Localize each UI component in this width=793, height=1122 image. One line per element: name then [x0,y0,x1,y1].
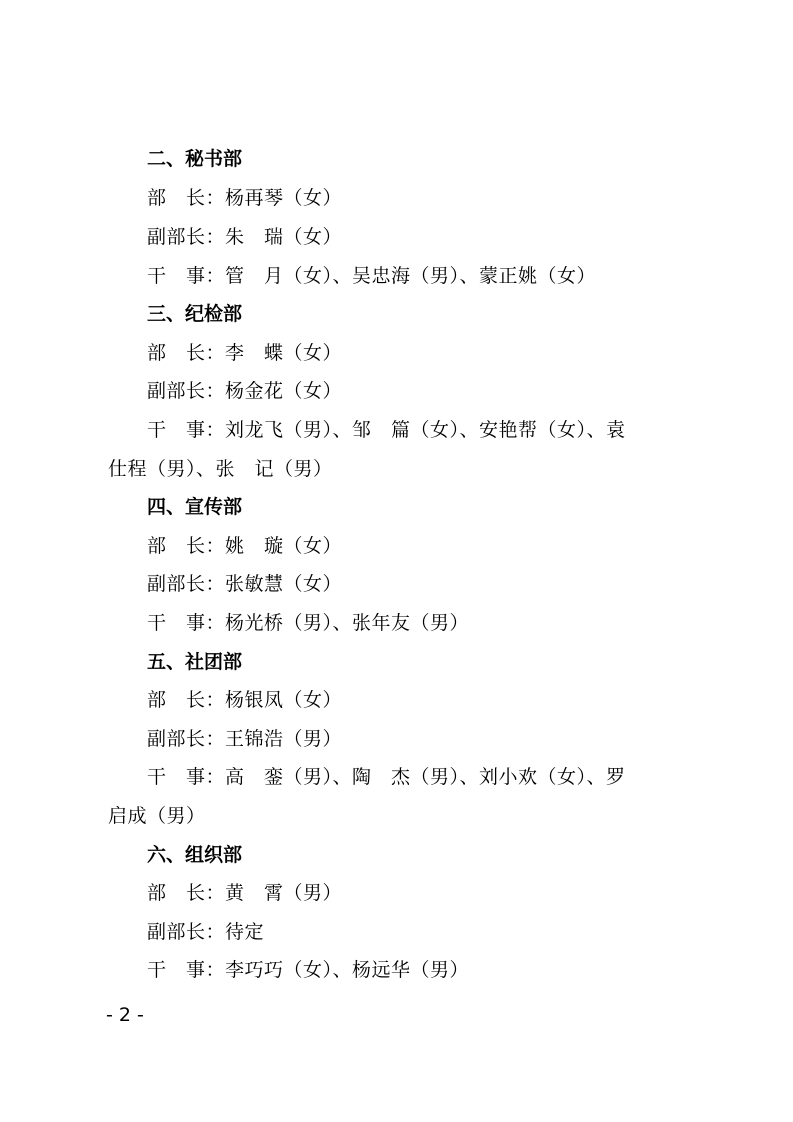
section-line-staff-continued: 启成（男） [108,804,698,828]
section-heading-organization: 六、组织部 [147,843,737,867]
section-line-deputy: 副部长：待定 [147,920,737,944]
section-line-director: 部 长：杨银凤（女） [147,688,737,712]
section-line-deputy: 副部长：张敏慧（女） [147,572,737,596]
section-line-staff: 干 事：高 銮（男）、陶 杰（男）、刘小欢（女）、罗 [147,765,737,789]
section-line-director: 部 长：李 蝶（女） [147,341,737,365]
section-line-deputy: 副部长：朱 瑞（女） [147,225,737,249]
section-heading-discipline: 三、纪检部 [147,302,737,326]
section-line-staff: 干 事：李巧巧（女）、杨远华（男） [147,958,737,982]
section-heading-clubs: 五、社团部 [147,650,737,674]
section-heading-secretariat: 二、秘书部 [147,147,737,171]
section-line-staff: 干 事：刘龙飞（男）、邹 篇（女）、安艳帮（女）、袁 [147,418,737,442]
section-line-director: 部 长：黄 霄（男） [147,881,737,905]
section-line-staff: 干 事：杨光桥（男）、张年友（男） [147,611,737,635]
section-line-deputy: 副部长：杨金花（女） [147,379,737,403]
section-line-director: 部 长：姚 璇（女） [147,534,737,558]
section-heading-publicity: 四、宣传部 [147,495,737,519]
document-page: 二、秘书部 部 长：杨再琴（女） 副部长：朱 瑞（女） 干 事：管 月（女）、吴… [0,0,793,1122]
section-line-staff-continued: 仕程（男）、张 记（男） [108,457,698,481]
page-number: - 2 - [106,1003,144,1027]
section-line-staff: 干 事：管 月（女）、吴忠海（男）、蒙正姚（女） [147,264,737,288]
section-line-deputy: 副部长：王锦浩（男） [147,727,737,751]
section-line-director: 部 长：杨再琴（女） [147,186,737,210]
